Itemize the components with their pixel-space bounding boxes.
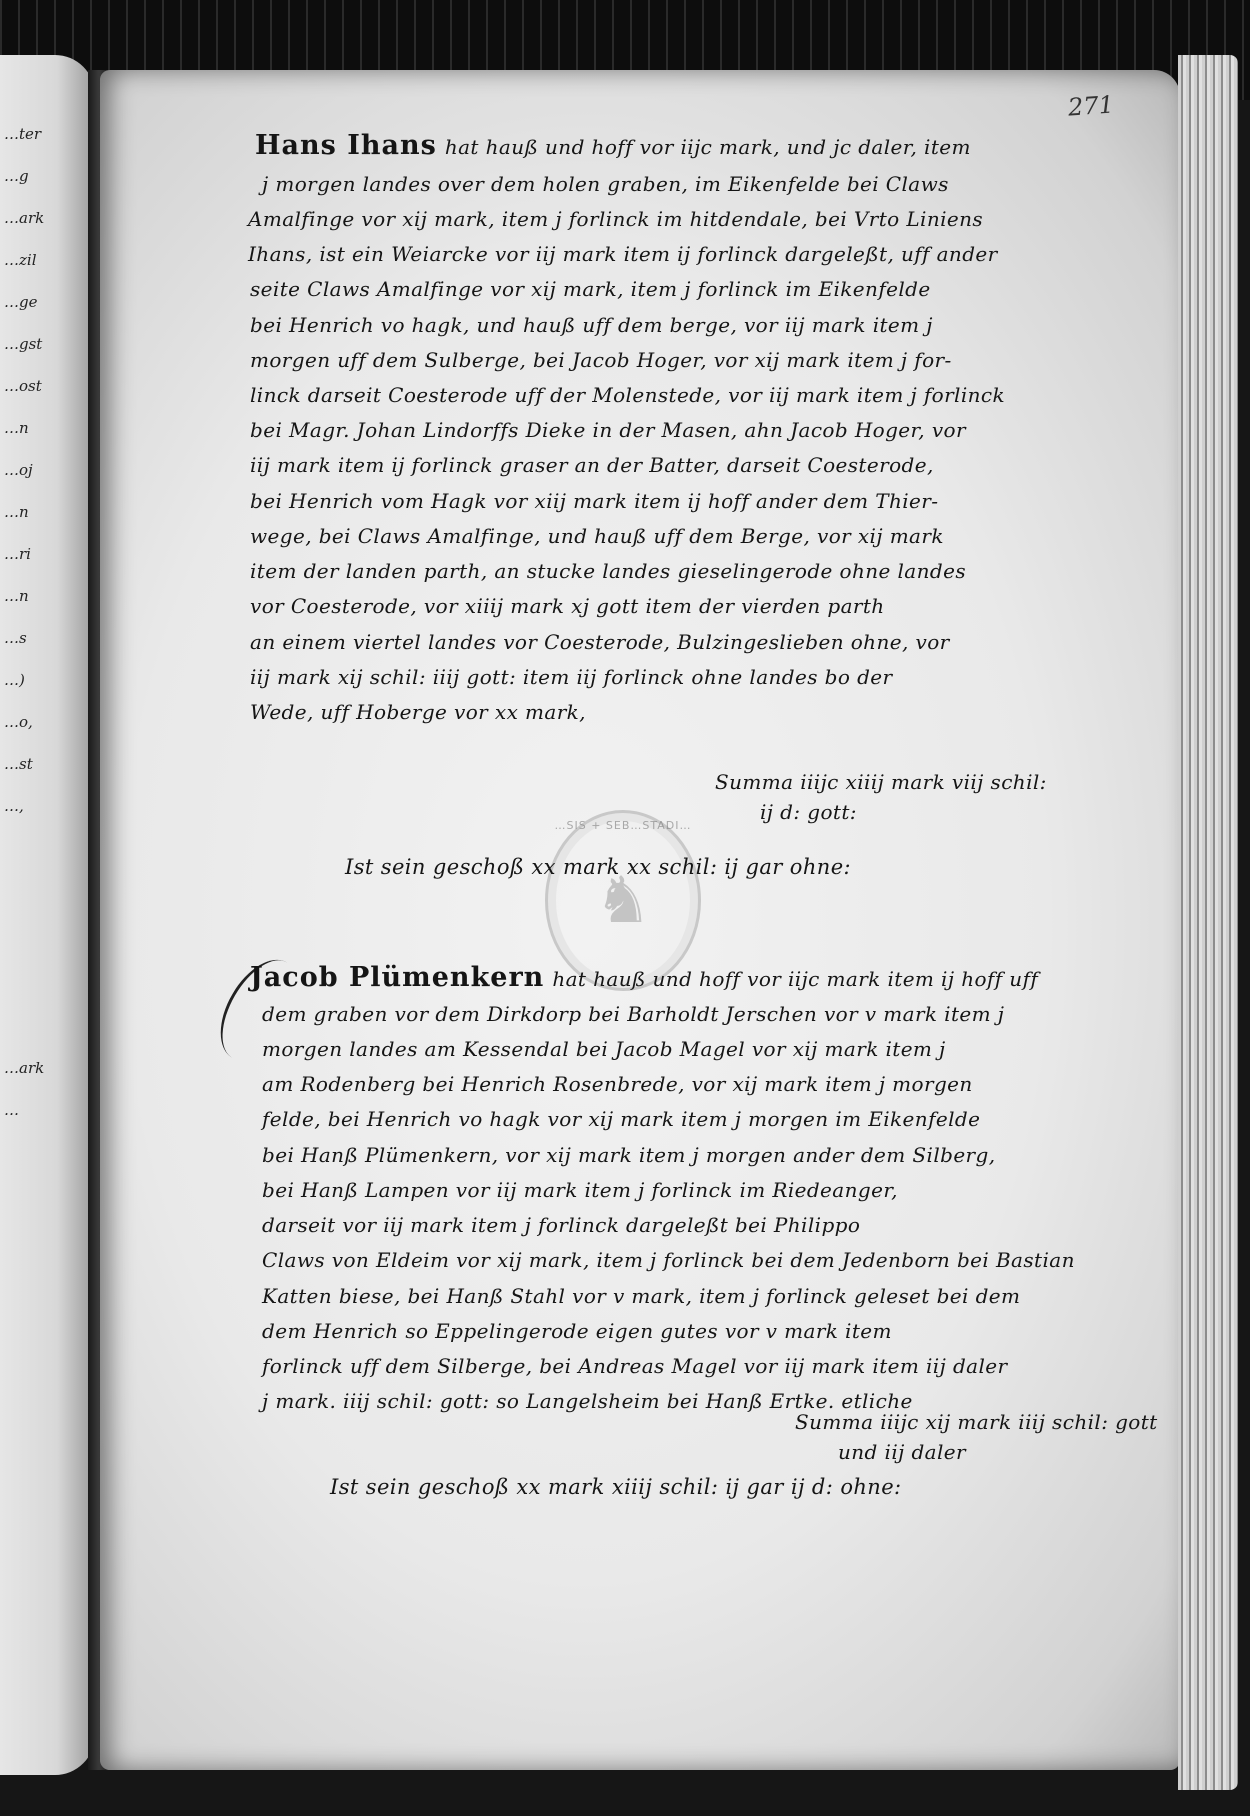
- entry-2-summa-cont: und iij daler: [838, 1440, 966, 1464]
- left-page-fragment: …ge: [4, 293, 37, 311]
- entry-1-line-1: Hans Ihanshat hauß und hoff vor iijc mar…: [255, 130, 971, 161]
- entry-1-line: bei Magr. Johan Lindorffs Dieke in der M…: [250, 418, 966, 442]
- entry-1-summa-cont: ij d: gott:: [760, 800, 857, 824]
- stamp-label: …SIS + SEB…STADI…: [548, 819, 698, 832]
- entry-2-line: dem Henrich so Eppelingerode eigen gutes…: [262, 1319, 892, 1343]
- entry-2-summa: Summa iiijc xij mark iiij schil: gott: [795, 1410, 1158, 1434]
- entry-1-line: bei Henrich vo hagk, und hauß uff dem be…: [250, 313, 933, 337]
- left-page-fragment: …n: [4, 587, 29, 605]
- entry-1-line: iij mark xij schil: iiij gott: item iij …: [250, 665, 892, 689]
- page-fore-edge: [1178, 55, 1238, 1790]
- left-page-fragment: …o,: [4, 713, 33, 731]
- entry-1-line: an einem viertel landes vor Coesterode, …: [250, 630, 950, 654]
- entry-1-name: Hans Ihans: [255, 130, 437, 161]
- left-page-fragment: …zil: [4, 251, 37, 269]
- left-page-fragment: …: [4, 1101, 19, 1119]
- entry-2-name: Jacob Plümenkern: [250, 962, 544, 993]
- entry-1-line: morgen uff dem Sulberge, bei Jacob Hoger…: [250, 348, 952, 372]
- entry-1-line: wege, bei Claws Amalfinge, und hauß uff …: [250, 524, 944, 548]
- entry-1-line: item der landen parth, an stucke landes …: [250, 559, 966, 583]
- entry-2-line: bei Hanß Lampen vor iij mark item j forl…: [262, 1178, 898, 1202]
- entry-1-line: seite Claws Amalfinge vor xij mark, item…: [250, 277, 931, 301]
- entry-1-summa: Summa iiijc xiiij mark viij schil:: [715, 770, 1047, 794]
- entry-1-line: Ihans, ist ein Weiarcke vor iij mark ite…: [248, 242, 998, 266]
- entry-1-line: Wede, uff Hoberge vor xx mark,: [250, 700, 586, 724]
- left-page-fragment: …): [4, 671, 25, 689]
- entry-1-line: linck darseit Coesterode uff der Molenst…: [250, 383, 1005, 407]
- entry-2-line: bei Hanß Plümenkern, vor xij mark item j…: [262, 1143, 995, 1167]
- entry-2-line: Claws von Eldeim vor xij mark, item j fo…: [262, 1248, 1075, 1272]
- entry-1-tax: Ist sein geschoß xx mark xx schil: ij ga…: [345, 855, 851, 879]
- entry-1-line: Amalfinge vor xij mark, item j forlinck …: [248, 207, 983, 231]
- left-page-fragment: …,: [4, 797, 24, 815]
- left-page-fragment: …n: [4, 503, 29, 521]
- entry-2-line-1: Jacob Plümenkernhat hauß und hoff vor ii…: [250, 962, 1038, 993]
- entry-1-line: vor Coesterode, vor xiiij mark xj gott i…: [250, 594, 885, 618]
- entry-1-line: bei Henrich vom Hagk vor xiij mark item …: [250, 489, 938, 513]
- entry-2-line: Katten biese, bei Hanß Stahl vor v mark,…: [262, 1284, 1020, 1308]
- entry-2-line: felde, bei Henrich vo hagk vor xij mark …: [262, 1107, 980, 1131]
- entry-1-line: j morgen landes over dem holen graben, i…: [262, 172, 949, 196]
- left-page-fragment: …ark: [4, 209, 44, 227]
- left-page-fragment: …gst: [4, 335, 42, 353]
- left-page-fragment: …g: [4, 167, 29, 185]
- left-page-fragment: …n: [4, 419, 29, 437]
- left-page-fragment: …st: [4, 755, 33, 773]
- entry-1-line: iij mark item ij forlinck graser an der …: [250, 453, 934, 477]
- left-page-fragment: …ter: [4, 125, 41, 143]
- left-page-fragment: …ri: [4, 545, 31, 563]
- left-page-fragment: …ost: [4, 377, 42, 395]
- left-page-edge: …ter…g…ark…zil…ge…gst…ost…n…oj…n…ri…n…s……: [0, 55, 95, 1775]
- entry-2-line: darseit vor iij mark item j forlinck dar…: [262, 1213, 860, 1237]
- left-page-fragment: …oj: [4, 461, 33, 479]
- page-number: 271: [1067, 90, 1115, 121]
- entry-2-line: dem graben vor dem Dirkdorp bei Barholdt…: [262, 1002, 1004, 1026]
- entry-2-line: morgen landes am Kessendal bei Jacob Mag…: [262, 1037, 946, 1061]
- entry-2-line: forlinck uff dem Silberge, bei Andreas M…: [262, 1354, 1007, 1378]
- left-page-fragment: …s: [4, 629, 27, 647]
- left-page-fragment: …ark: [4, 1059, 44, 1077]
- entry-2-line: am Rodenberg bei Henrich Rosenbrede, vor…: [262, 1072, 973, 1096]
- entry-2-tax: Ist sein geschoß xx mark xiiij schil: ij…: [330, 1475, 902, 1499]
